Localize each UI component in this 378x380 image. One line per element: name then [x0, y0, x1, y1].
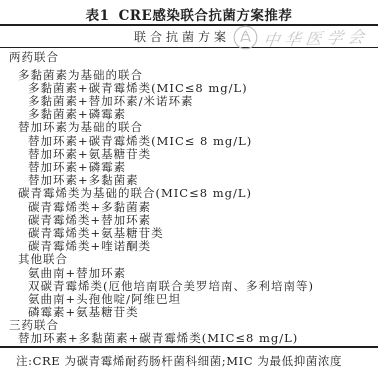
column-header: 联合抗菌方案	[134, 30, 230, 44]
table-row: 双碳青霉烯类(厄他培南联合美罗培南、多利培南等)	[0, 280, 378, 293]
table-header-row: 联合抗菌方案	[0, 26, 378, 47]
table-row: 替加环素为基础的联合	[0, 121, 378, 134]
table-row: 其他联合	[0, 253, 378, 266]
table-number: 表1	[86, 8, 110, 24]
journal-table-figure: 表1CRE感染联合抗菌方案推荐 联合抗菌方案 两药联合多黏菌素为基础的联合多黏菌…	[0, 0, 378, 380]
table-row: 碳青霉烯类为基础的联合(MIC≤8 mg/L)	[0, 187, 378, 200]
table-body: 两药联合多黏菌素为基础的联合多黏菌素+碳青霉烯类(MIC≤8 mg/L)多黏菌素…	[0, 48, 378, 346]
table-row: 替加环素+多黏菌素+碳青霉烯类(MIC≤8 mg/L)	[0, 332, 378, 345]
table-title-text: CRE感染联合抗菌方案推荐	[119, 8, 293, 24]
table-row: 碳青霉烯类+替加环素	[0, 214, 378, 227]
table-title: 表1CRE感染联合抗菌方案推荐	[0, 0, 378, 24]
table-footnote: 注:CRE 为碳青霉烯耐药肠杆菌科细菌;MIC 为最低抑菌浓度	[0, 348, 378, 369]
table-row: 替加环素+碳青霉烯类(MIC≤ 8 mg/L)	[0, 135, 378, 148]
table-row: 多黏菌素为基础的联合	[0, 69, 378, 82]
table-row: 两药联合	[0, 51, 378, 64]
table-row: 碳青霉烯类+多黏菌素	[0, 201, 378, 214]
table-row: 氨曲南+替加环素	[0, 267, 378, 280]
